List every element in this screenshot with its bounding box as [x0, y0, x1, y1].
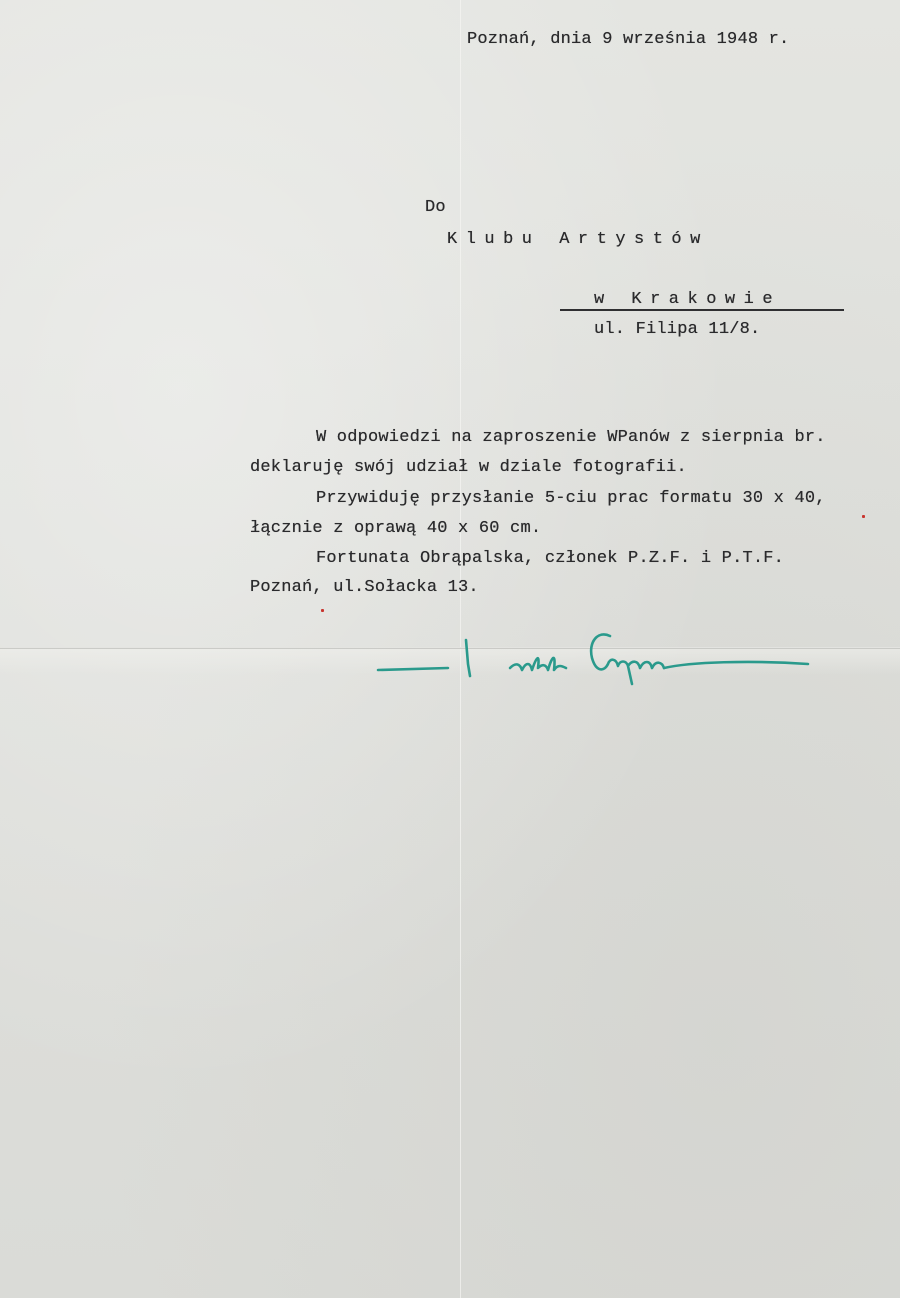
body-line-6: Poznań, ul.Sołacka 13. [250, 578, 479, 597]
city-underline [560, 309, 844, 311]
recipient-prefix: Do [425, 198, 446, 217]
body-line-1: W odpowiedzi na zaproszenie WPanów z sie… [316, 428, 826, 447]
red-ink-dot [862, 515, 865, 518]
recipient-name: Klubu Artystów [447, 230, 709, 249]
body-line-3: Przywiduję przysłanie 5-ciu prac formatu… [316, 489, 826, 508]
body-line-4: łącznie z oprawą 40 x 60 cm. [250, 519, 541, 538]
place-and-date: Poznań, dnia 9 września 1948 r. [467, 30, 789, 49]
handwritten-signature [370, 612, 820, 692]
recipient-address: ul. Filipa 11/8. [594, 320, 760, 339]
body-line-5: Fortunata Obrąpalska, członek P.Z.F. i P… [316, 549, 784, 568]
body-line-2: deklaruję swój udział w dziale fotografi… [250, 458, 687, 477]
recipient-city: w Krakowie [594, 290, 781, 309]
red-ink-dot [321, 609, 324, 612]
letter-page: Poznań, dnia 9 września 1948 r. Do Klubu… [0, 0, 900, 1298]
